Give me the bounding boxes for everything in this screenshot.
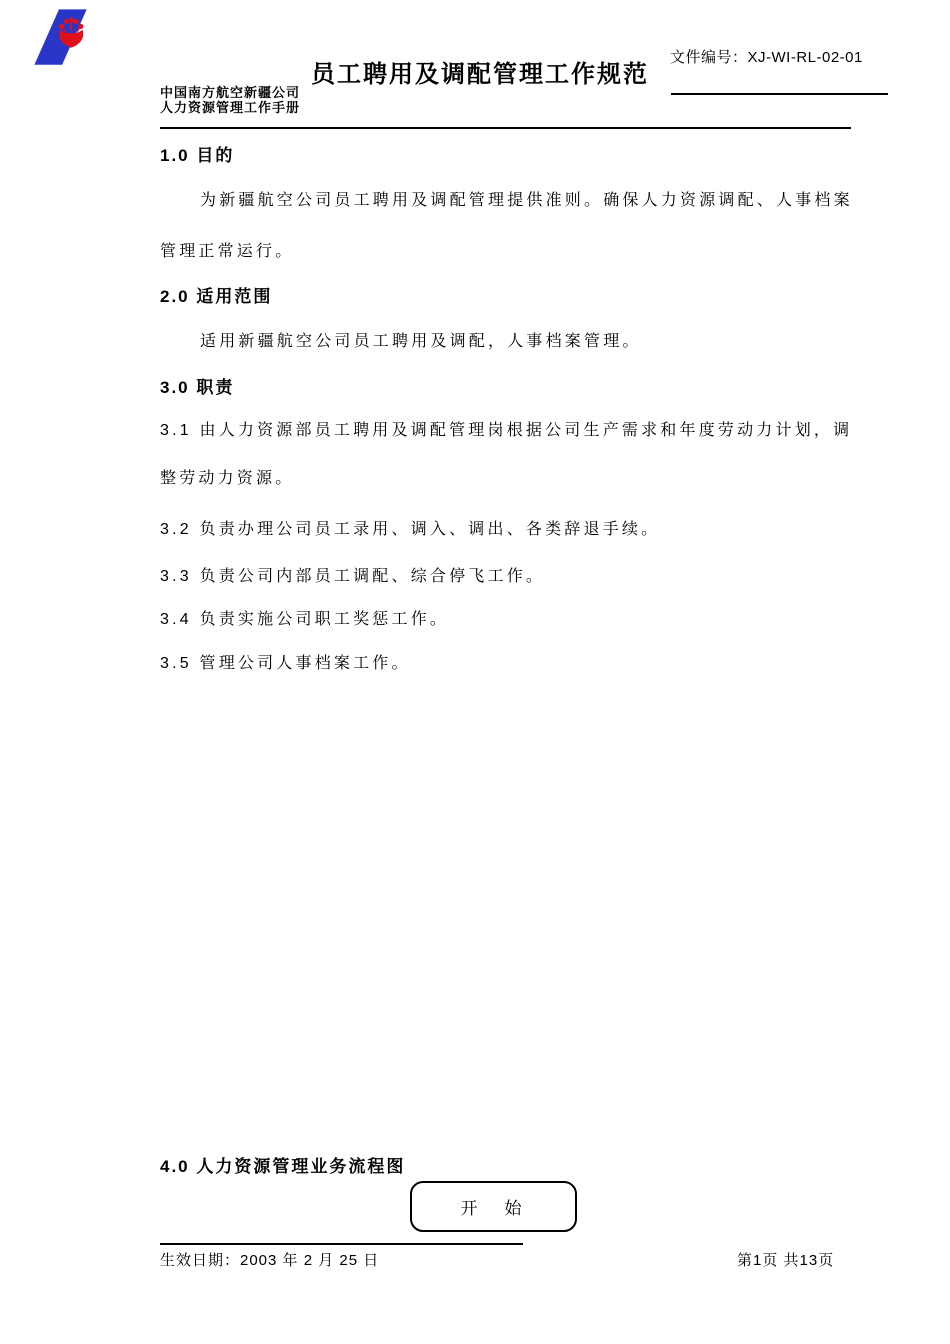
paragraph-3-1-line2: 整劳动力资源。 [160, 465, 294, 488]
section-heading-responsibilities: 3.0 职责 [160, 373, 234, 398]
company-header: 中国南方航空新疆公司 人力资源管理工作手册 [160, 85, 300, 115]
paragraph-3-5: 3.5 管理公司人事档案工作。 [160, 650, 411, 673]
footer-page-number: 第1页 共13页 [737, 1249, 834, 1270]
paragraph-3-1-line1: 3.1 由人力资源部员工聘用及调配管理岗根据公司生产需求和年度劳动力计划，调 [160, 417, 852, 440]
china-southern-airlines-logo-icon [24, 4, 96, 68]
footer-effective-date: 生效日期：2003 年 2 月 25 日 [160, 1249, 379, 1270]
paragraph-3-2: 3.2 负责办理公司员工录用、调入、调出、各类辞退手续。 [160, 516, 660, 539]
footer-divider [160, 1243, 523, 1245]
manual-name: 人力资源管理工作手册 [160, 100, 300, 115]
paragraph-3-4: 3.4 负责实施公司职工奖惩工作。 [160, 606, 449, 629]
document-number: 文件编号：XJ-WI-RL-02-01 [670, 46, 863, 67]
doc-number-underline [671, 93, 888, 95]
section-heading-scope: 2.0 适用范围 [160, 282, 272, 307]
paragraph-purpose-line1: 为新疆航空公司员工聘用及调配管理提供准则。确保人力资源调配、人事档案 [200, 187, 853, 210]
paragraph-3-3: 3.3 负责公司内部员工调配、综合停飞工作。 [160, 563, 545, 586]
header-divider [160, 127, 851, 129]
page-title: 员工聘用及调配管理工作规范 [311, 54, 649, 89]
document-page: 员工聘用及调配管理工作规范 文件编号：XJ-WI-RL-02-01 中国南方航空… [0, 0, 950, 1344]
paragraph-purpose-line2: 管理正常运行。 [160, 238, 294, 261]
flowchart-start-label: 开 始 [461, 1194, 527, 1219]
flowchart-start-node: 开 始 [410, 1181, 577, 1232]
company-name: 中国南方航空新疆公司 [160, 85, 300, 100]
section-heading-flowchart: 4.0 人力资源管理业务流程图 [160, 1152, 405, 1177]
paragraph-scope: 适用新疆航空公司员工聘用及调配，人事档案管理。 [200, 328, 642, 351]
section-heading-purpose: 1.0 目的 [160, 141, 234, 166]
